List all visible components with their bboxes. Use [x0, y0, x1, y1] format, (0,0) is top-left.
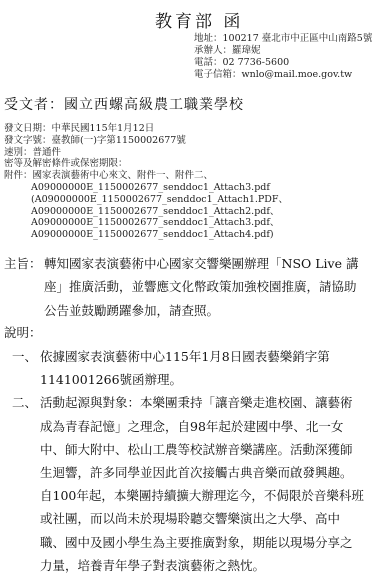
- item-line: 中、師大附中、松山工農等校試辦音樂講座。活動深獲師: [40, 438, 364, 461]
- security-level: 密等及解密條件或保密期限：: [4, 158, 288, 170]
- contact-info: 地址：100217 臺北市中正區中山南路5號 承辦人：羅瑋妮 電話：02 773…: [194, 33, 372, 81]
- subject-label: 主旨：: [4, 252, 42, 275]
- subject-section: 主旨： 轉知國家表演藝術中心國家交響樂團辦理「NSO Live 講 座」推廣活動…: [4, 252, 374, 322]
- item-line: 力量，培養青年學子對表演藝術之熱忱。: [40, 554, 364, 577]
- attachments-label: 附件：國家表演藝術中心來文、附件一、附件二、: [4, 170, 288, 182]
- document-meta: 發文日期：中華民國115年1月12日 發文字號：臺教師(一)字第11500026…: [4, 123, 288, 241]
- item-number: 二、: [12, 391, 37, 414]
- explanation-item: 一、 依據國家表演藝術中心115年1月8日國表藝樂銷字第 1141001266號…: [12, 345, 364, 391]
- attachments-list: A09000000E_1150002677_senddoc1_Attach3.p…: [4, 182, 288, 241]
- item-line: 1141001266號函辦理。: [40, 368, 364, 391]
- doc-number: 發文字號：臺教師(一)字第1150002677號: [4, 135, 288, 147]
- subject-body: 轉知國家表演藝術中心國家交響樂團辦理「NSO Live 講 座」推廣活動，並響應…: [44, 252, 374, 322]
- attachment-link[interactable]: A09000000E_1150002677_senddoc1_Attach3.p…: [31, 182, 288, 194]
- issue-date: 發文日期：中華民國115年1月12日: [4, 123, 288, 135]
- document-title: 教育部 函: [155, 7, 243, 32]
- item-line: 職、國中及國小學生為主要推廣對象，期能以現場分享之: [40, 531, 364, 554]
- subject-line: 公告並鼓勵踴躍參加，請查照。: [44, 299, 374, 322]
- item-line: 成為青春記憶」之理念，自98年起於建國中學、北一女: [40, 415, 364, 438]
- subject-line: 座」推廣活動，並響應文化幣政策加強校園推廣，請協助: [44, 275, 374, 298]
- address: 地址：100217 臺北市中正區中山南路5號: [194, 33, 372, 45]
- attachment-link[interactable]: (A09000000E_1150002677_senddoc1_Attach1.…: [31, 194, 288, 206]
- explanation-item: 二、 活動起源與對象：本樂團秉持「讓音樂走進校園、讓藝術 成為青春記憶」之理念，…: [12, 391, 364, 577]
- item-line: 自100年起，本樂團持續擴大辦理迄今，不侷限於音樂科班: [40, 484, 364, 507]
- recipient: 受文者：國立西螺高級農工職業學校: [4, 94, 244, 114]
- item-line: 或社團，而以尚未於現場聆聽交響樂演出之大學、高中: [40, 507, 364, 530]
- item-line: 活動起源與對象：本樂團秉持「讓音樂走進校園、讓藝術: [40, 391, 364, 414]
- item-line: 生迴響，許多同學並因此首次接觸古典音樂而啟發興趣。: [40, 461, 364, 484]
- explanation-label: 說明：: [4, 323, 42, 341]
- explanation-items: 一、 依據國家表演藝術中心115年1月8日國表藝樂銷字第 1141001266號…: [12, 345, 364, 577]
- attachment-link[interactable]: A09000000E_1150002677_senddoc1_Attach4.p…: [31, 229, 288, 241]
- official-letter: 教育部 函 地址：100217 臺北市中正區中山南路5號 承辦人：羅瑋妮 電話：…: [0, 0, 387, 580]
- delivery-speed: 速別：普通件: [4, 147, 288, 159]
- item-number: 一、: [12, 345, 37, 368]
- item-line: 依據國家表演藝術中心115年1月8日國表藝樂銷字第: [40, 345, 364, 368]
- attachment-link[interactable]: A09000000E_1150002677_senddoc1_Attach3.p…: [31, 217, 288, 229]
- email: 電子信箱：wnlo@mail.moe.gov.tw: [194, 69, 372, 81]
- subject-line: 轉知國家表演藝術中心國家交響樂團辦理「NSO Live 講: [44, 252, 374, 275]
- attachment-link[interactable]: A09000000E_1150002677_senddoc1_Attach2.p…: [31, 206, 288, 218]
- phone: 電話：02 7736-5600: [194, 57, 372, 69]
- contact-person: 承辦人：羅瑋妮: [194, 45, 372, 57]
